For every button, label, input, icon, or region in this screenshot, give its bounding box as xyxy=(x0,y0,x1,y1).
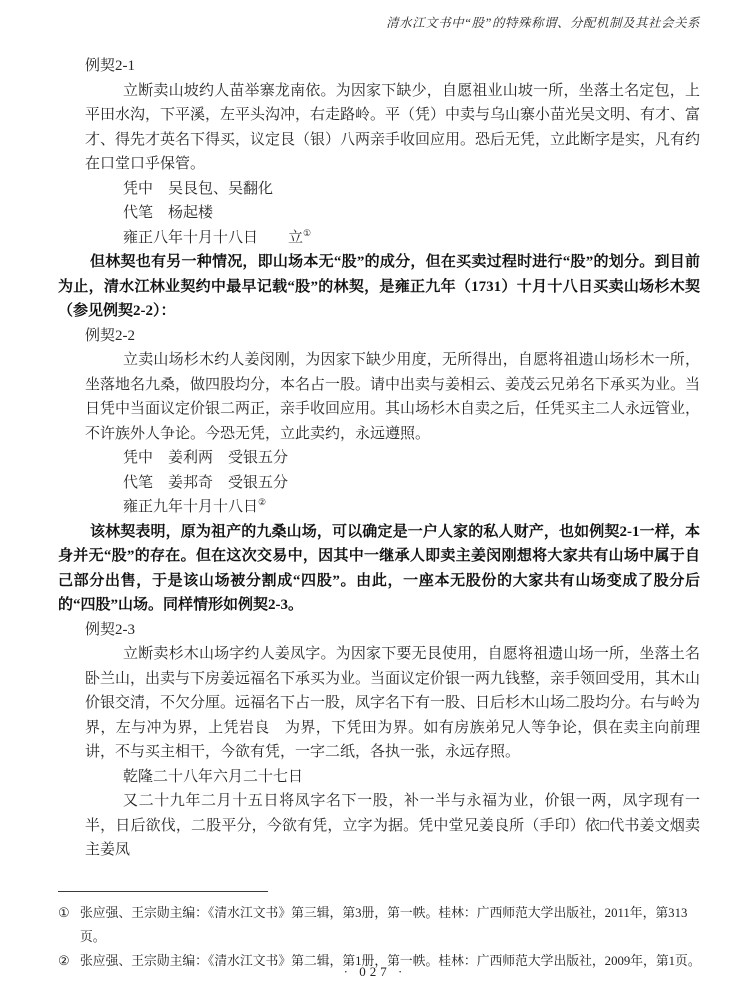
contract2-scribe-line: 代笔 姜邦奇 受银五分 xyxy=(85,471,700,496)
footnote-ref-1: ① xyxy=(303,228,311,238)
contract1-scribe-line: 代笔 杨起楼 xyxy=(85,201,700,226)
footnote-ref-2: ② xyxy=(258,497,266,507)
paragraph-1: 但林契也有另一种情况，即山场本无“股”的成分，但在买卖过程时进行“股”的划分。到… xyxy=(58,250,700,324)
contract1-date: 雍正八年十月十八日 立 xyxy=(123,230,303,246)
footnote-1-text: 张应强、王宗勋主编：《清水江文书》第三辑，第3册，第一帙。桂林：广西师范大学出版… xyxy=(80,901,703,949)
page-content: 例契2-1 立断卖山坡约人苗举寨龙南依。为因家下缺少，自愿祖业山坡一所，坐落土名… xyxy=(58,54,700,863)
contract2-label: 例契2-2 xyxy=(85,324,700,349)
contract1-witness-line: 凭中 吴艮包、吴翻化 xyxy=(85,177,700,202)
contract3-date-line: 乾隆二十八年六月二十七日 xyxy=(85,765,700,790)
contract1-label: 例契2-1 xyxy=(85,54,700,79)
contract1-body: 立断卖山坡约人苗举寨龙南依。为因家下缺少，自愿祖业山坡一所，坐落土名定包，上平田… xyxy=(85,79,700,177)
contract3-addendum: 又二十九年二月十五日将凤字名下一股，补一半与永福为业，价银一两，凤字现有一半，日… xyxy=(85,789,700,863)
footnote-area: ① 张应强、王宗勋主编：《清水江文书》第三辑，第3册，第一帙。桂林：广西师范大学… xyxy=(58,891,703,973)
footnote-divider xyxy=(58,891,268,892)
contract2-witness-line: 凭中 姜利两 受银五分 xyxy=(85,446,700,471)
running-header: 清水江文书中“股”的特殊称谓、分配机制及其社会关系 xyxy=(386,13,700,31)
footnote-1-marker: ① xyxy=(58,901,80,949)
contract2-date-line: 雍正九年十月十八日② xyxy=(85,495,700,520)
contract1-date-line: 雍正八年十月十八日 立① xyxy=(85,226,700,251)
footnote-1: ① 张应强、王宗勋主编：《清水江文书》第三辑，第3册，第一帙。桂林：广西师范大学… xyxy=(58,901,703,949)
document-page: 清水江文书中“股”的特殊称谓、分配机制及其社会关系 例契2-1 立断卖山坡约人苗… xyxy=(0,0,750,1000)
paragraph-2: 该林契表明，原为祖产的九桑山场，可以确定是一户人家的私人财产，也如例契2-1一样… xyxy=(58,520,700,618)
contract3-body: 立断卖杉木山场字约人姜凤字。为因家下要无艮使用，自愿将祖遗山场一所，坐落土名卧兰… xyxy=(85,642,700,765)
page-number: · 027 · xyxy=(0,964,750,980)
contract2-date: 雍正九年十月十八日 xyxy=(123,499,258,515)
contract2-body: 立卖山场杉木约人姜闵刚，为因家下缺少用度，无所得出，自愿将祖遗山场杉木一所，坐落… xyxy=(85,348,700,446)
contract3-label: 例契2-3 xyxy=(85,618,700,643)
